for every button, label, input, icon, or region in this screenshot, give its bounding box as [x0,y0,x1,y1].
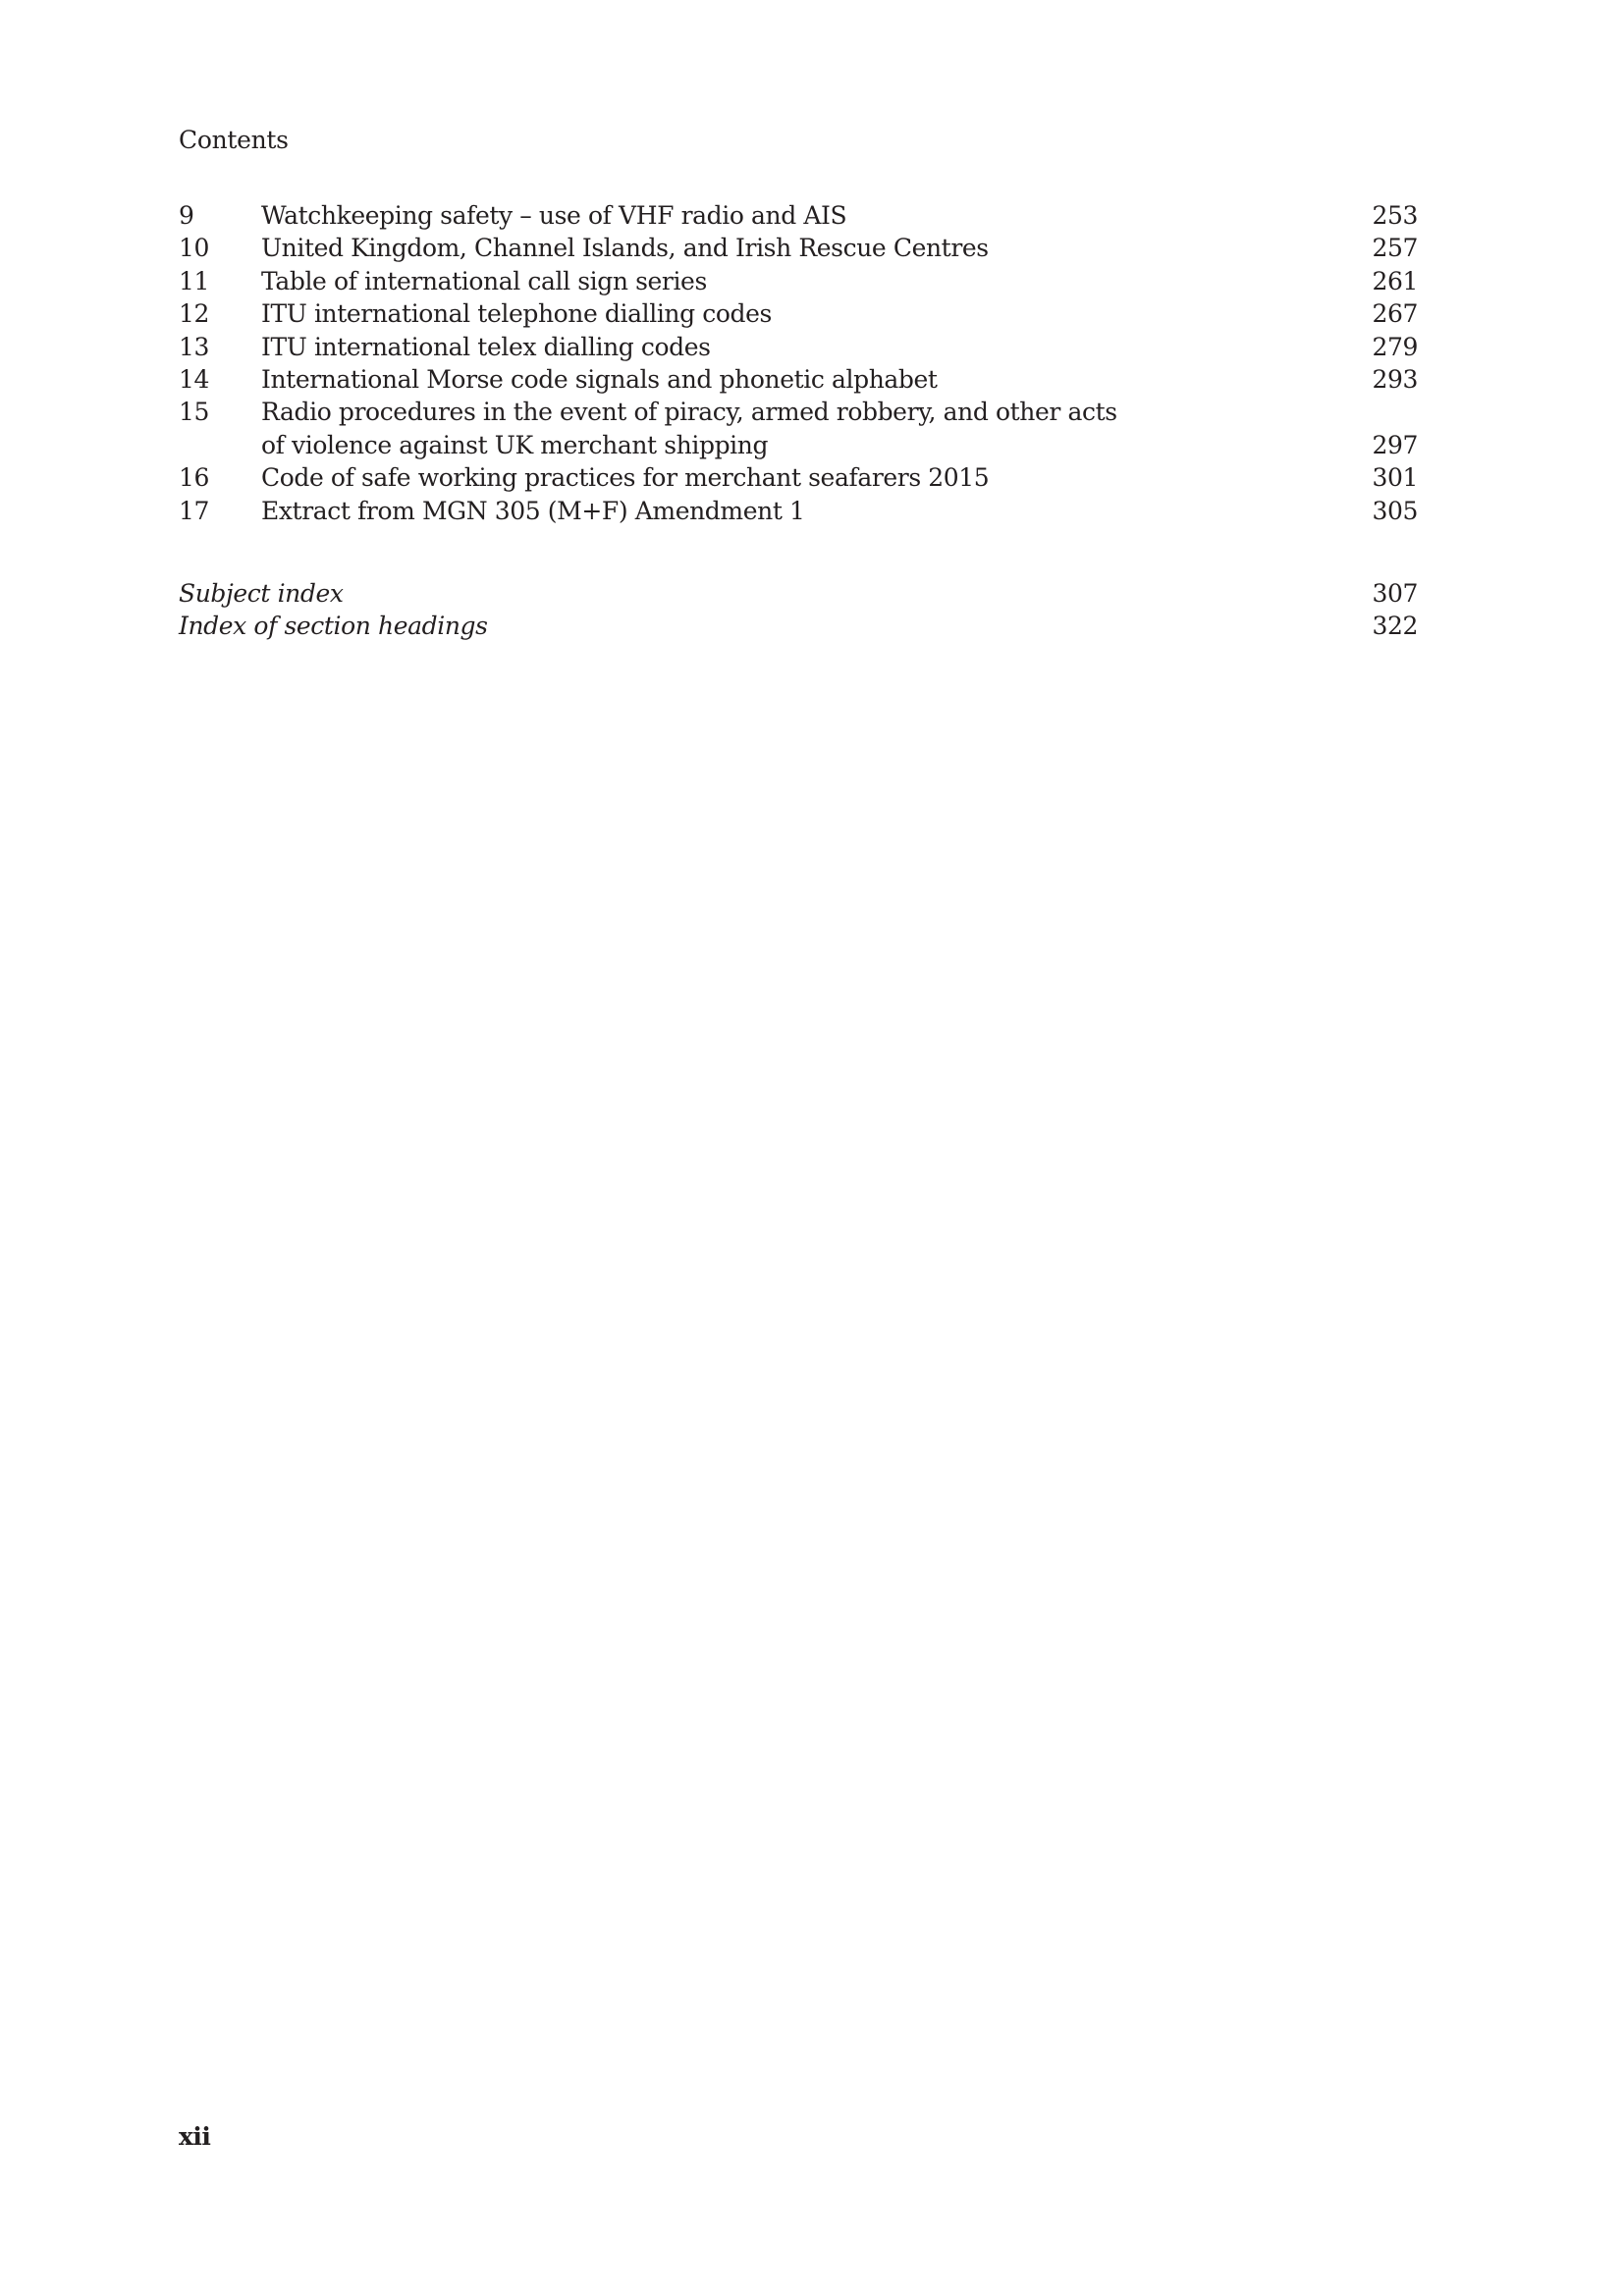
entry-page: 301 [1359,461,1418,494]
entry-number: 12 [179,297,261,330]
entry-number: 11 [179,265,261,297]
index-page: 307 [1359,577,1418,610]
index-entry-subject[interactable]: Subject index 307 [179,577,1418,610]
entry-title: Watchkeeping safety – use of VHF radio a… [261,199,1164,232]
entry-number: 17 [179,495,261,527]
entry-number: 13 [179,331,261,363]
entry-page: 293 [1359,363,1418,396]
entry-number: 15 [179,396,261,428]
toc-entry[interactable]: 17 Extract from MGN 305 (M+F) Amendment … [179,495,1418,527]
toc-entry[interactable]: 11 Table of international call sign seri… [179,265,1418,297]
index-title: Subject index [179,577,1359,610]
index-entry-section-headings[interactable]: Index of section headings 322 [179,610,1418,642]
toc-entry[interactable]: 12 ITU international telephone dialling … [179,297,1418,330]
entry-number: 16 [179,461,261,494]
entry-page: 279 [1359,331,1418,363]
index-entries: Subject index 307 Index of section headi… [179,577,1418,643]
toc-entry[interactable]: 13 ITU international telex dialling code… [179,331,1418,363]
index-page: 322 [1359,610,1418,642]
entry-number: 9 [179,199,261,232]
page-folio: xii [179,2122,210,2152]
entry-page: 261 [1359,265,1418,297]
entry-page: 297 [1359,429,1418,461]
entry-page: 305 [1359,495,1418,527]
running-head: Contents [179,126,289,155]
entry-title: ITU international telex dialling codes [261,331,1164,363]
entry-number: 10 [179,232,261,264]
entry-page: 257 [1359,232,1418,264]
index-title: Index of section headings [179,610,1359,642]
entry-page: 267 [1359,297,1418,330]
document-page: Contents 9 Watchkeeping safety – use of … [0,0,1624,2296]
entry-page: 253 [1359,199,1418,232]
entry-title: International Morse code signals and pho… [261,363,1164,396]
toc-entry[interactable]: 15 Radio procedures in the event of pira… [179,396,1418,461]
entry-number: 14 [179,363,261,396]
entry-title: United Kingdom, Channel Islands, and Iri… [261,232,1164,264]
toc-entry[interactable]: 9 Watchkeeping safety – use of VHF radio… [179,199,1418,232]
entry-title: Extract from MGN 305 (M+F) Amendment 1 [261,495,1164,527]
entry-title: Code of safe working practices for merch… [261,461,1164,494]
toc-entry[interactable]: 10 United Kingdom, Channel Islands, and … [179,232,1418,264]
entry-title: ITU international telephone dialling cod… [261,297,1164,330]
toc-entry[interactable]: 16 Code of safe working practices for me… [179,461,1418,494]
toc-entry[interactable]: 14 International Morse code signals and … [179,363,1418,396]
table-of-contents: 9 Watchkeeping safety – use of VHF radio… [179,199,1418,527]
entry-title: Table of international call sign series [261,265,1164,297]
entry-title: Radio procedures in the event of piracy,… [261,396,1164,461]
